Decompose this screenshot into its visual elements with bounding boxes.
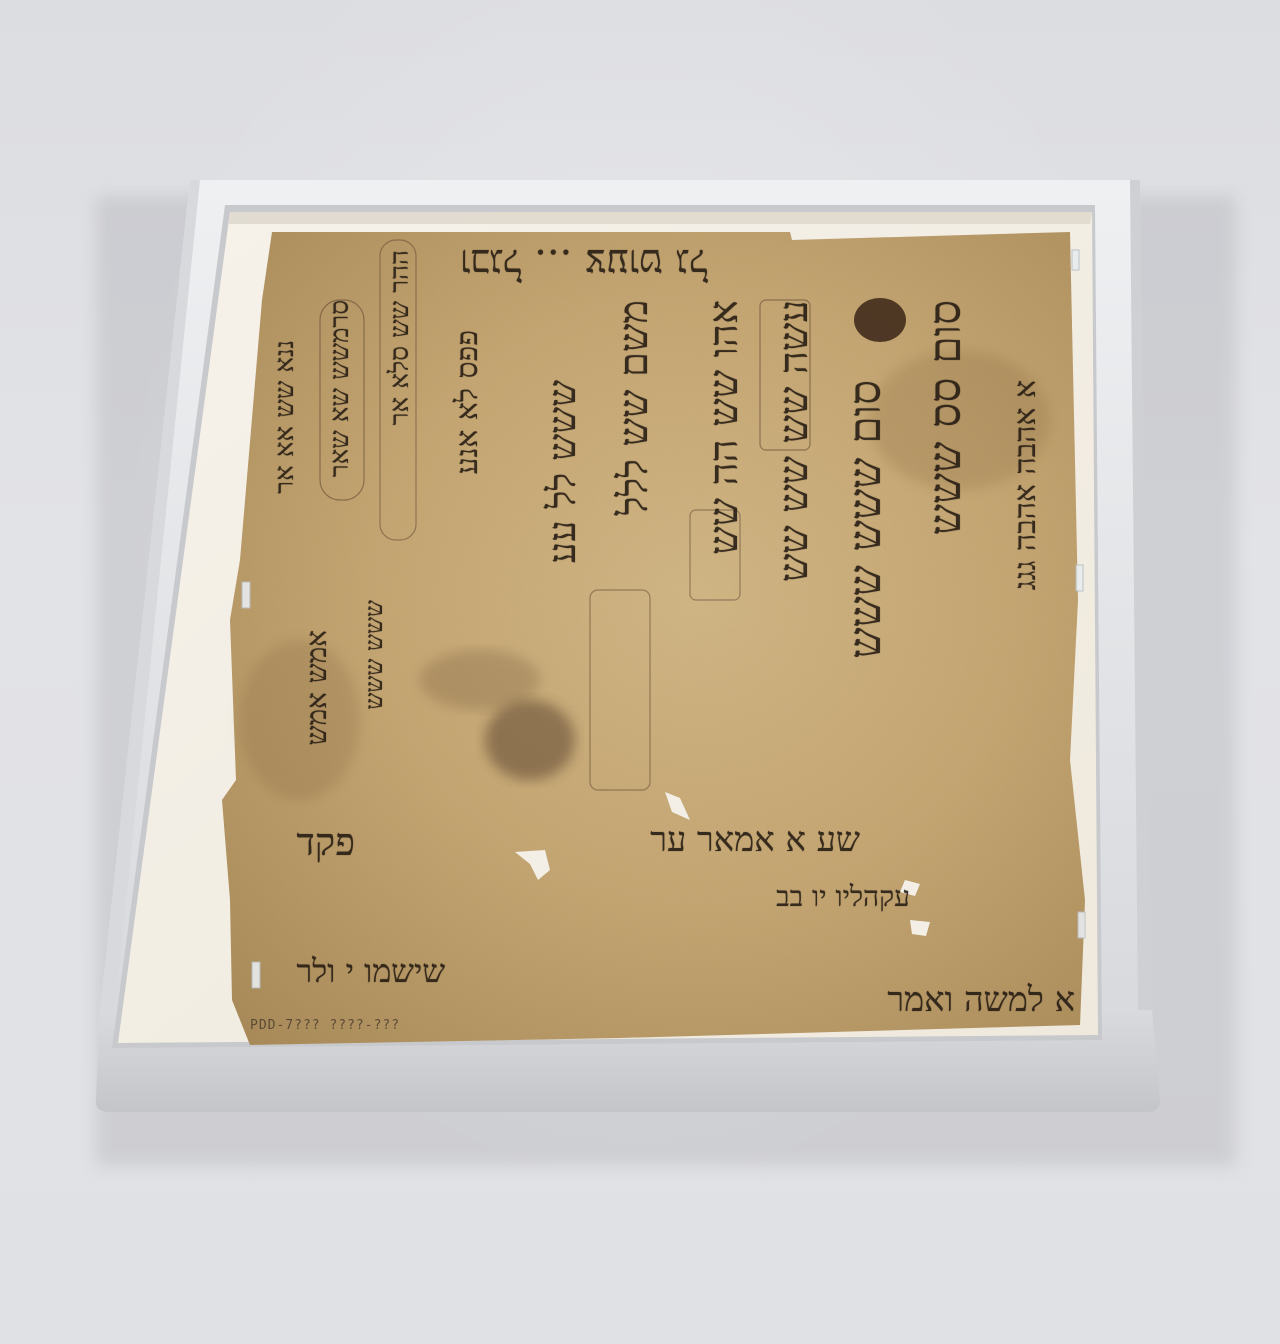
manuscript-column: סום סס ששש — [920, 300, 971, 535]
manuscript-column: ננא שש אא אר — [270, 340, 300, 494]
manuscript-column: סום ששש ששש — [840, 380, 891, 659]
catalog-label: PDD-7??? ????-??? — [250, 1018, 400, 1033]
manuscript-column: סרמשש שא שאר — [325, 300, 355, 477]
manuscript-column: עשה שש שש שש — [770, 300, 817, 582]
manuscript-column: פפס לא אנע — [450, 330, 485, 474]
manuscript-middle-line-3: עקהליו יו בב — [776, 880, 910, 914]
manuscript-middle-line-2: שע א אמאר ער — [650, 820, 860, 860]
manuscript-column: ששש לל עע — [540, 380, 584, 563]
manuscript-column: א אהבה אהבה גגג — [1008, 380, 1043, 590]
manuscript-column: ששש ששש — [360, 600, 388, 710]
manuscript-column: אמש אמש — [300, 630, 333, 745]
manuscript-middle-line-1: פקד — [296, 820, 355, 865]
manuscript-bottom-line-1: א למשה ואמר — [887, 980, 1075, 1020]
manuscript-top-row: ובגל ... צעוט גל — [460, 240, 708, 287]
manuscript-bottom-line-2: שישמו י ולר — [297, 952, 445, 990]
manuscript-column: אהו שש הה שש — [700, 300, 747, 555]
manuscript-fragment: א למשה ואמר שישמו י ולר פקד שע א אמאר ער… — [0, 0, 1280, 1344]
manuscript-column: משם שש ללל — [610, 300, 657, 515]
manuscript-column: ההר שש סלא אר — [385, 250, 415, 425]
